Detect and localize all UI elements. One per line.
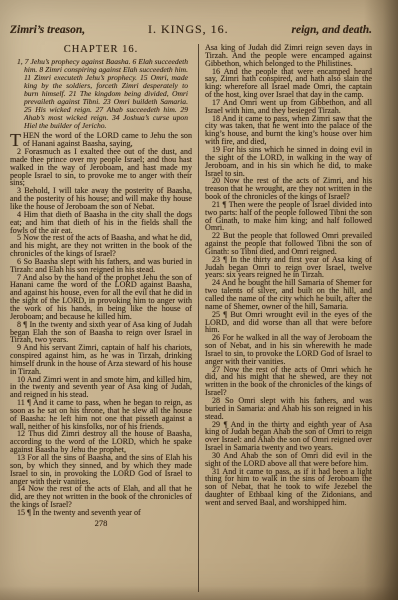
verse: 2 Forasmuch as I exalted thee out of the…	[10, 148, 192, 187]
right-column: Asa king of Judah did Zimri reign seven …	[198, 44, 372, 592]
verse: 30 And Ahab the son of Omri did evil in …	[205, 452, 372, 468]
verse: 29 ¶ And in the thirty and eighth year o…	[205, 421, 372, 452]
verse: 22 But the people that followed Omri pre…	[205, 232, 372, 256]
verse: 28 So Omri slept with his fathers, and w…	[205, 397, 372, 421]
running-header: Zimri’s treason, I. KINGS, 16. reign, an…	[10, 22, 372, 37]
verse: 15 ¶ In the twenty and seventh year of	[10, 509, 192, 517]
verse: 12 Thus did Zimri destroy all the house …	[10, 430, 192, 454]
left-column: CHAPTER 16. 1, 7 Jehu’s prophecy against…	[10, 44, 198, 592]
verse: 11 ¶ And it came to pass, when he began …	[10, 399, 192, 430]
verse: 18 And it came to pass, when Zimri saw t…	[205, 115, 372, 146]
running-head-left: Zimri’s treason,	[10, 24, 85, 36]
verse: THEN the word of the LORD came to Jehu t…	[10, 132, 192, 148]
verse: 4 Him that dieth of Baasha in the city s…	[10, 211, 192, 235]
verse: 21 ¶ Then were the people of Israel divi…	[205, 201, 372, 232]
verse: 31 And it came to pass, as if it had bee…	[205, 468, 372, 507]
verse: 25 ¶ But Omri wrought evil in the eyes o…	[205, 311, 372, 335]
verse: 26 For he walked in all the way of Jerob…	[205, 334, 372, 365]
verse: 16 And the people that were encamped hea…	[205, 68, 372, 99]
verse: 10 And Zimri went in and smote him, and …	[10, 376, 192, 400]
verse: 13 For all the sins of Baasha, and the s…	[10, 454, 192, 485]
verse: 14 Now the rest of the acts of Elah, and…	[10, 485, 192, 509]
verse: 5 Now the rest of the acts of Baasha, an…	[10, 234, 192, 258]
verse: 9 And his servant Zimri, captain of half…	[10, 344, 192, 375]
verse: 24 And he bought the hill Samaria of She…	[205, 279, 372, 310]
verse-text: HEN the word of the LORD came to Jehu th…	[23, 131, 192, 148]
verse: 7 And also by the hand of the prophet Je…	[10, 274, 192, 321]
chapter-summary: 1, 7 Jehu’s prophecy against Baasha. 6 E…	[24, 58, 188, 130]
chapter-heading: CHAPTER 16.	[10, 44, 192, 55]
drop-cap: T	[10, 132, 23, 148]
verse: 3 Behold, I will take away the posterity…	[10, 187, 192, 211]
verse: 17 And Omri went up from Gibbethon, and …	[205, 99, 372, 115]
verse-continuation: Asa king of Judah did Zimri reign seven …	[205, 44, 372, 68]
verse: 27 Now the rest of the acts of Omri whic…	[205, 366, 372, 397]
page-number: 278	[10, 518, 192, 528]
text-columns: CHAPTER 16. 1, 7 Jehu’s prophecy against…	[10, 44, 372, 592]
bible-page: Zimri’s treason, I. KINGS, 16. reign, an…	[0, 0, 398, 600]
verse: 23 ¶ In the thirty and first year of Asa…	[205, 256, 372, 280]
verse: 19 For his sins which he sinned in doing…	[205, 146, 372, 177]
verse: 6 So Baasha slept with his fathers, and …	[10, 258, 192, 274]
verse: 20 Now the rest of the acts of Zimri, an…	[205, 177, 372, 201]
running-head-right: reign, and death.	[291, 24, 372, 36]
book-title: I. KINGS, 16.	[148, 22, 229, 37]
verse: 8 ¶ In the twenty and sixth year of Asa …	[10, 321, 192, 345]
